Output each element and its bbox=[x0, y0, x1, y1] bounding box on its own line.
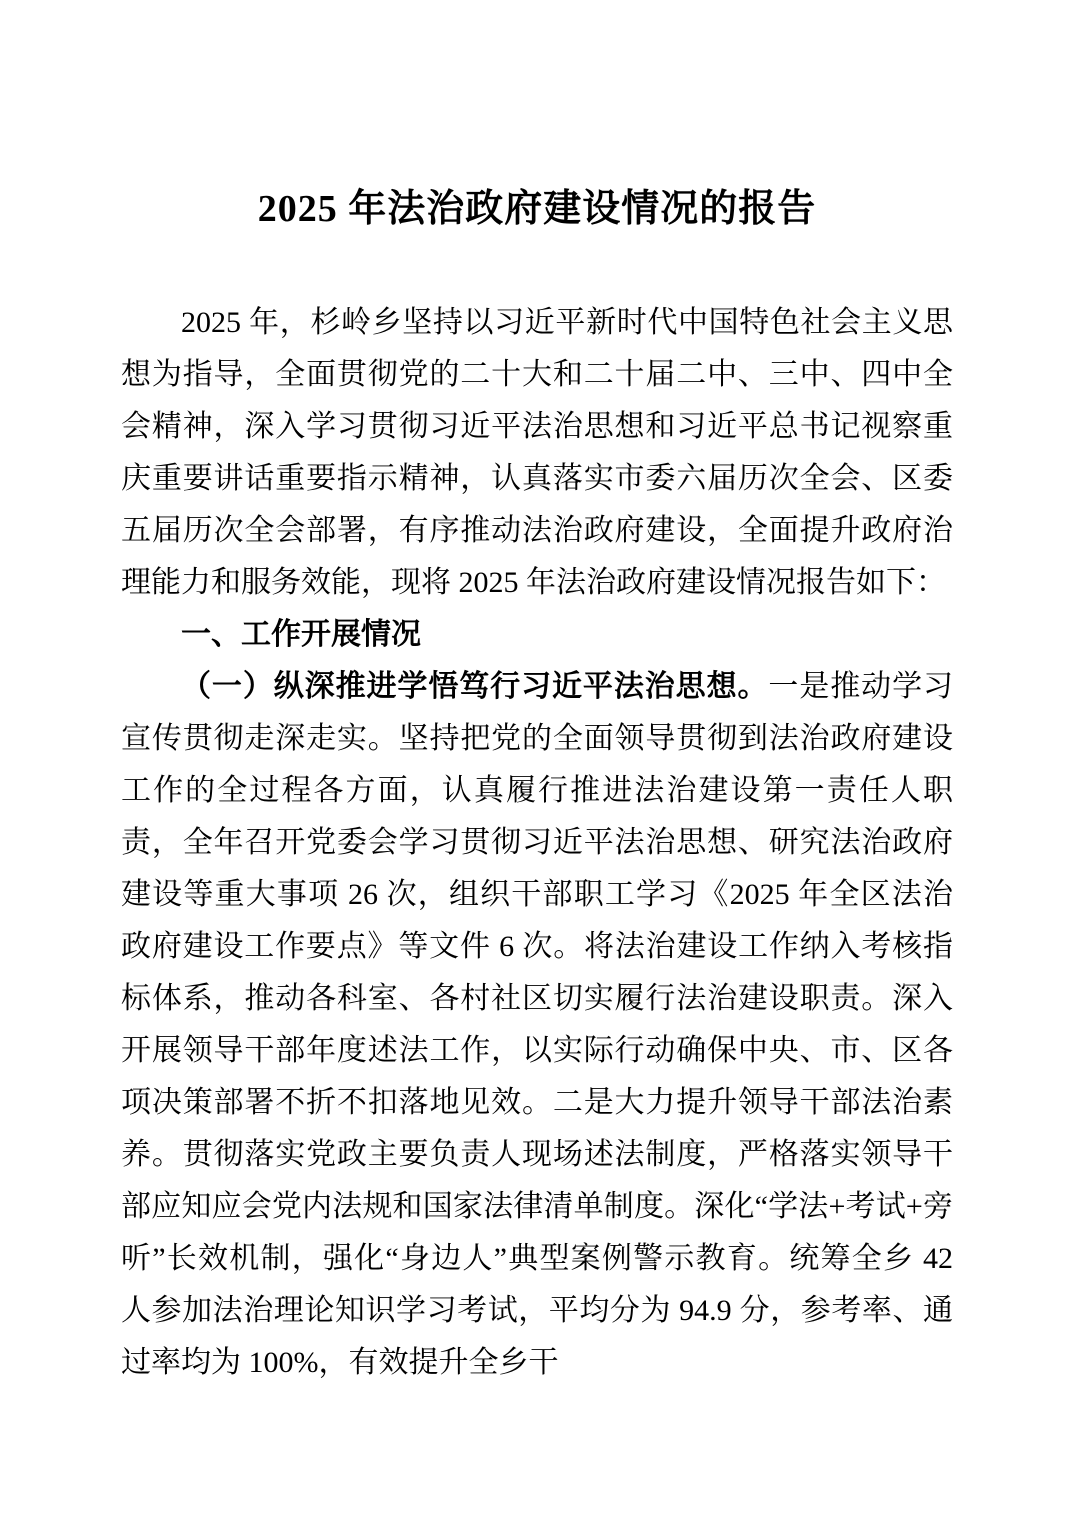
text-run: 2025 年，杉岭乡坚持以习近平新时代中国特色社会主义思想为指导，全面贯彻党的二… bbox=[121, 306, 953, 599]
text-run: 贯彻落实党政主要负责人现场述法制度，严格落实领导干部应知应会党内法规和国家法律清… bbox=[121, 1138, 953, 1379]
text-run: 坚持把党的全面领导贯彻到法治政府建设工作的全过程各方面，认真履行推进法治建设第一… bbox=[121, 722, 953, 1119]
text-run: （一）纵深推进学悟笃行习近平法治思想。 bbox=[181, 670, 768, 703]
text-run: 一、工作开展情况 bbox=[181, 618, 421, 651]
intro-paragraph: 2025 年，杉岭乡坚持以习近平新时代中国特色社会主义思想为指导，全面贯彻党的二… bbox=[121, 297, 953, 609]
section-heading-1: 一、工作开展情况 bbox=[121, 609, 953, 661]
document-page: 2025 年法治政府建设情况的报告 2025 年，杉岭乡坚持以习近平新时代中国特… bbox=[0, 0, 1074, 1520]
section-1-1-paragraph: （一）纵深推进学悟笃行习近平法治思想。一是推动学习宣传贯彻走深走实。坚持把党的全… bbox=[121, 661, 953, 1389]
document-title: 2025 年法治政府建设情况的报告 bbox=[121, 183, 953, 235]
document-body: 2025 年，杉岭乡坚持以习近平新时代中国特色社会主义思想为指导，全面贯彻党的二… bbox=[121, 297, 953, 1389]
